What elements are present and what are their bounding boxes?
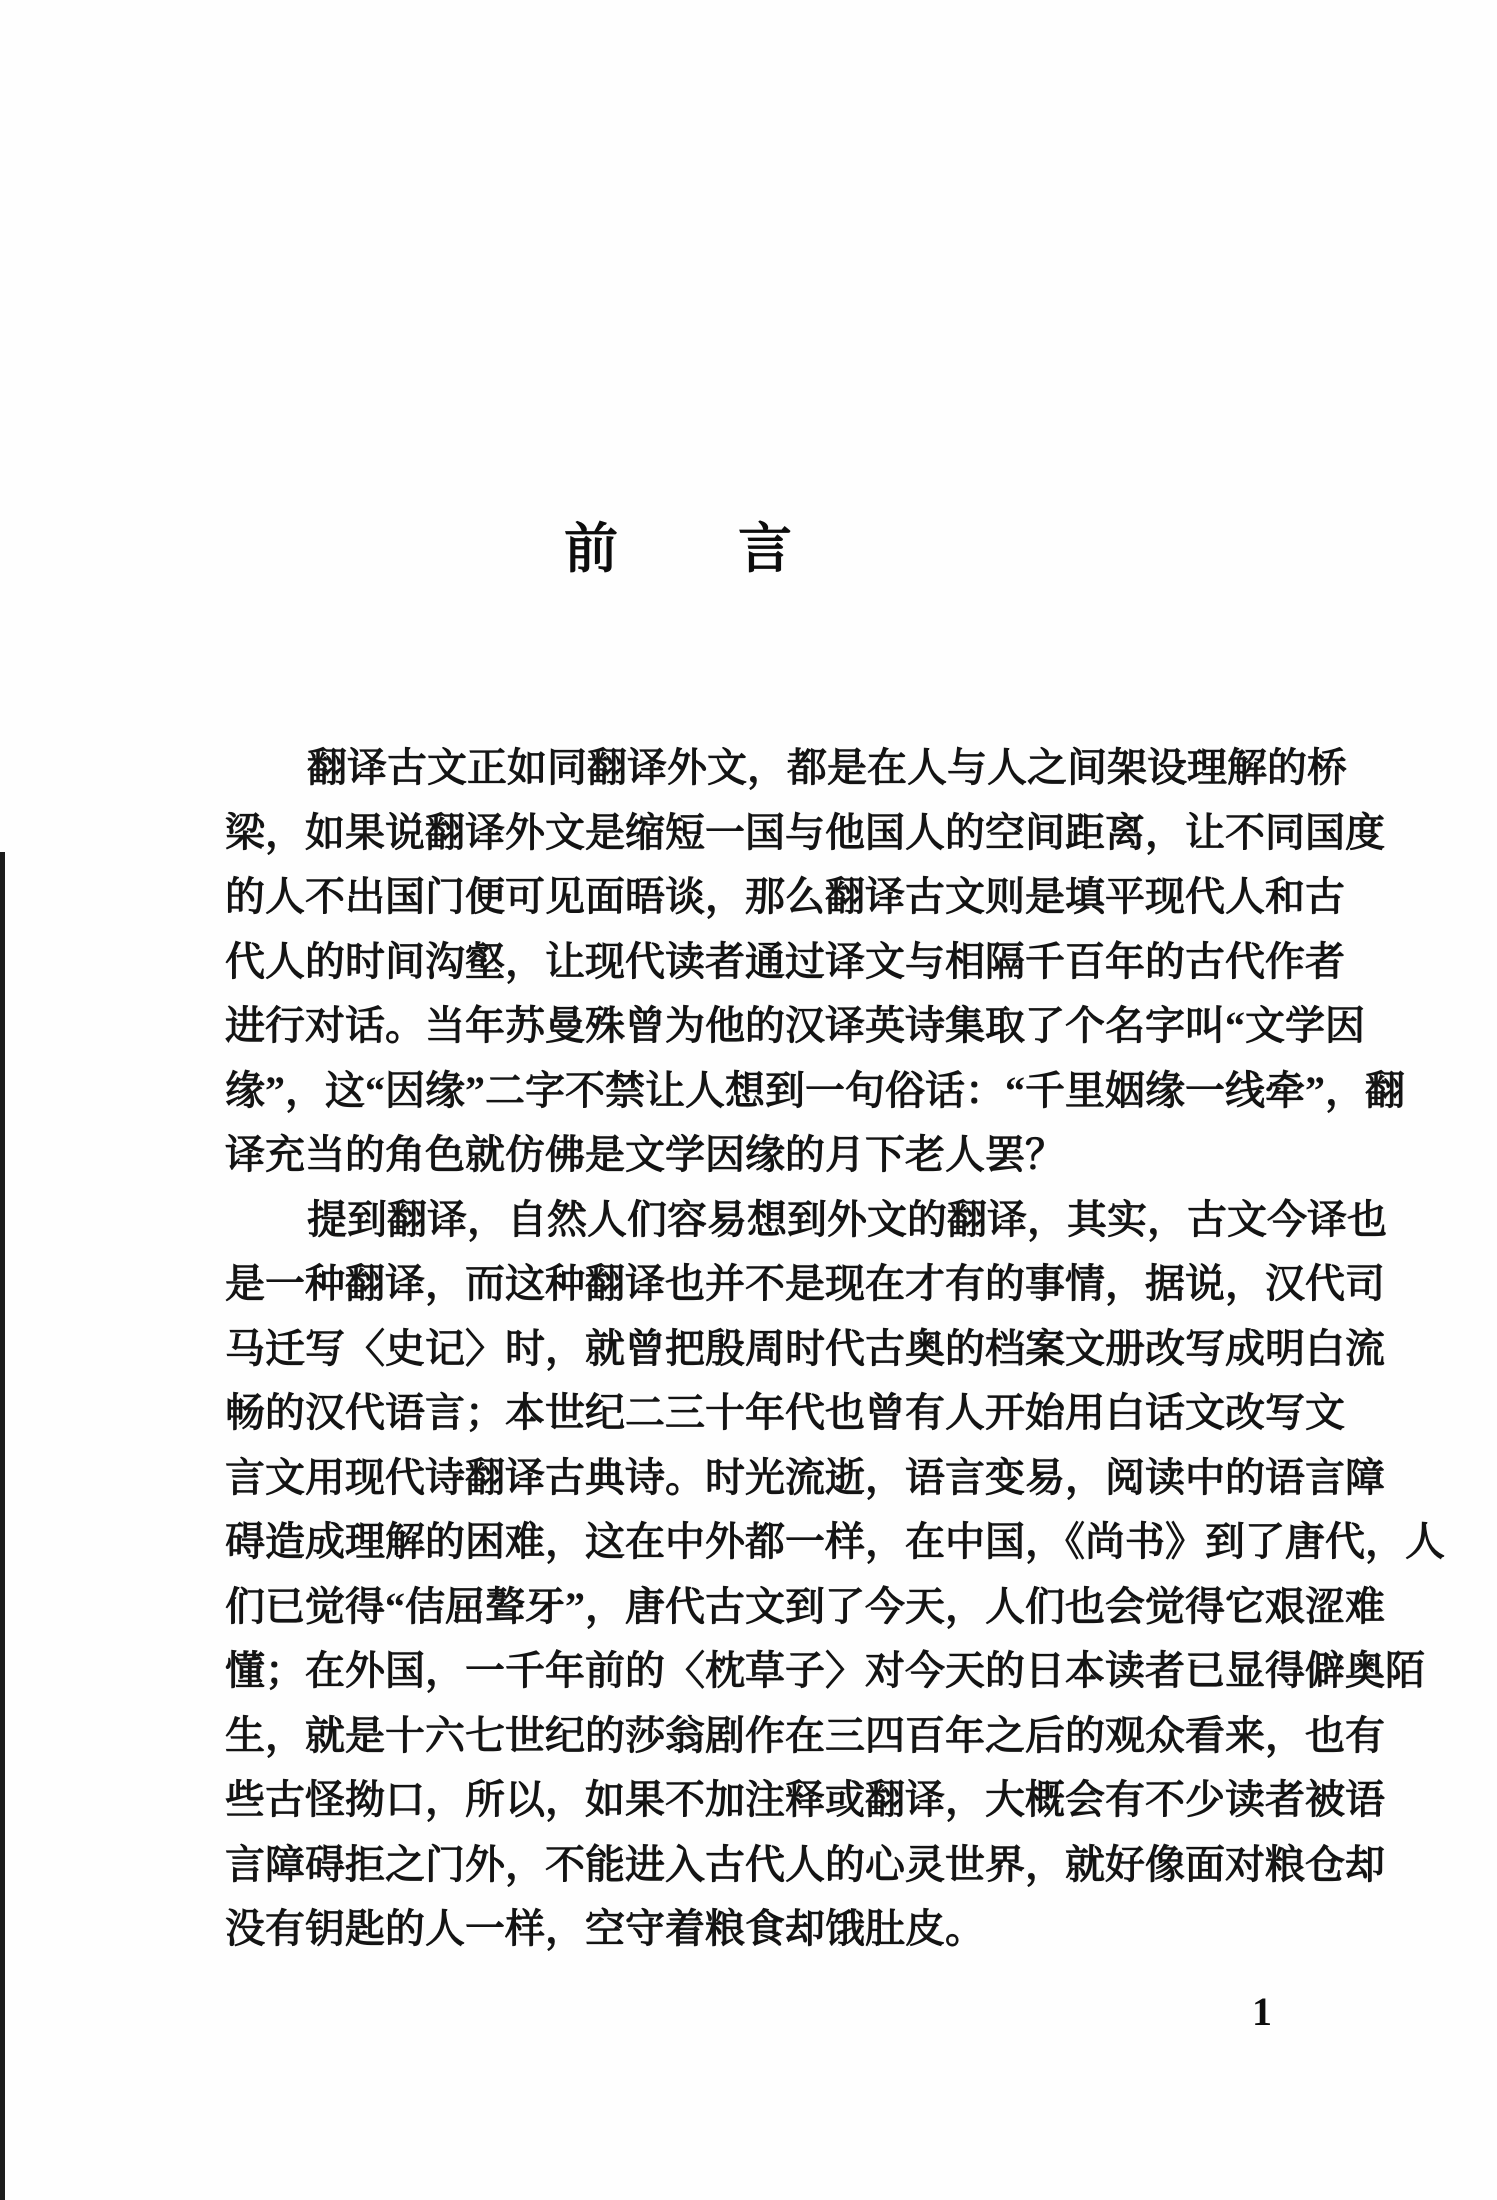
body-line: 是一种翻译，而这种翻译也并不是现在才有的事情，据说，汉代司 [225, 1252, 1317, 1317]
body-line: 提到翻译，自然人们容易想到外文的翻译，其实，古文今译也 [225, 1188, 1317, 1253]
body-line: 马迁写〈史记〉时，就曾把殷周时代古奥的档案文册改写成明白流 [225, 1317, 1317, 1382]
body-line: 梁，如果说翻译外文是缩短一国与他国人的空间距离，让不同国度 [225, 801, 1317, 866]
body-line: 代人的时间沟壑，让现代读者通过译文与相隔千百年的古代作者 [225, 930, 1317, 995]
body-line: 没有钥匙的人一样，空守着粮食却饿肚皮。 [225, 1897, 1317, 1962]
body-line: 缘”，这“因缘”二字不禁让人想到一句俗话：“千里姻缘一线牵”，翻 [225, 1059, 1317, 1124]
body-line: 畅的汉代语言；本世纪二三十年代也曾有人开始用白话文改写文 [225, 1381, 1317, 1446]
body-line: 言文用现代诗翻译古典诗。时光流逝，语言变易，阅读中的语言障 [225, 1446, 1317, 1511]
body-line: 翻译古文正如同翻译外文，都是在人与人之间架设理解的桥 [225, 736, 1317, 801]
scan-edge-artifact [0, 852, 5, 2200]
body-line: 碍造成理解的困难，这在中外都一样，在中国，《尚书》到了唐代，人 [225, 1510, 1317, 1575]
body-line: 的人不出国门便可见面晤谈，那么翻译古文则是填平现代人和古 [225, 865, 1317, 930]
body-text: 翻译古文正如同翻译外文，都是在人与人之间架设理解的桥梁，如果说翻译外文是缩短一国… [225, 736, 1317, 1962]
page-title: 前 言 [0, 512, 1360, 586]
body-line: 些古怪拗口，所以，如果不加注释或翻译，大概会有不少读者被语 [225, 1768, 1317, 1833]
body-line: 生，就是十六七世纪的莎翁剧作在三四百年之后的观众看来，也有 [225, 1704, 1317, 1769]
body-line: 们已觉得“佶屈聱牙”，唐代古文到了今天，人们也会觉得它艰涩难 [225, 1575, 1317, 1640]
book-page: 前 言 翻译古文正如同翻译外文，都是在人与人之间架设理解的桥梁，如果说翻译外文是… [0, 0, 1497, 2200]
body-line: 言障碍拒之门外，不能进入古代人的心灵世界，就好像面对粮仓却 [225, 1833, 1317, 1898]
body-line: 懂；在外国，一千年前的〈枕草子〉对今天的日本读者已显得僻奥陌 [225, 1639, 1317, 1704]
body-line: 进行对话。当年苏曼殊曾为他的汉译英诗集取了个名字叫“文学因 [225, 994, 1317, 1059]
body-line: 译充当的角色就仿佛是文学因缘的月下老人罢？ [225, 1123, 1317, 1188]
page-number: 1 [1252, 1988, 1272, 2035]
